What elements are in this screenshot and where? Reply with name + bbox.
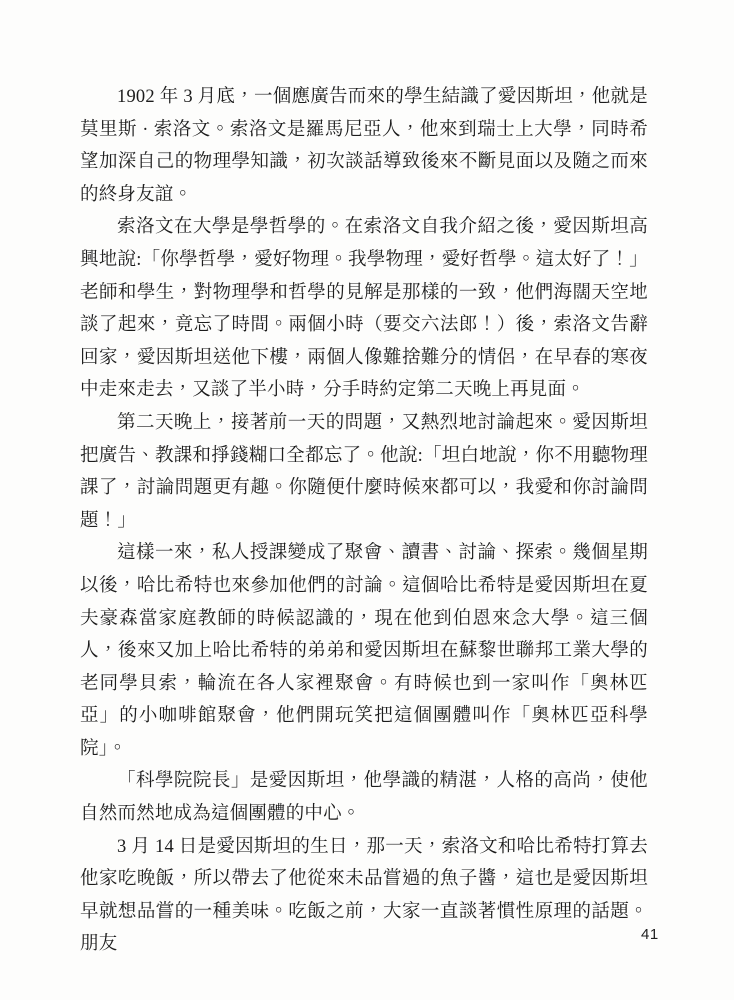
paragraph-1: 1902 年 3 月底，一個應廣告而來的學生結識了愛因斯坦，他就是莫里斯 · 索…: [80, 81, 648, 211]
paragraph-4: 這樣一來，私人授課變成了聚會、讀書、討論、探索。幾個星期以後，哈比希特也來參加他…: [80, 537, 648, 765]
text-column: 1902 年 3 月底，一個應廣告而來的學生結識了愛因斯坦，他就是莫里斯 · 索…: [80, 81, 648, 961]
book-page: 1902 年 3 月底，一個應廣告而來的學生結識了愛因斯坦，他就是莫里斯 · 索…: [0, 0, 734, 1000]
paragraph-3: 第二天晚上，接著前一天的問題，又熱烈地討論起來。愛因斯坦把廣告、教課和掙錢糊口全…: [80, 407, 648, 537]
paragraph-2: 索洛文在大學是學哲學的。在索洛文自我介紹之後，愛因斯坦高興地說:「你學哲學，愛好…: [80, 211, 648, 407]
paragraph-5: 「科學院院長」是愛因斯坦，他學識的精湛，人格的高尚，使他自然而然地成為這個團體的…: [80, 765, 648, 830]
page-number: 41: [641, 926, 659, 943]
paragraph-6: 3 月 14 日是愛因斯坦的生日，那一天，索洛文和哈比希特打算去他家吃晚飯，所以…: [80, 831, 648, 961]
